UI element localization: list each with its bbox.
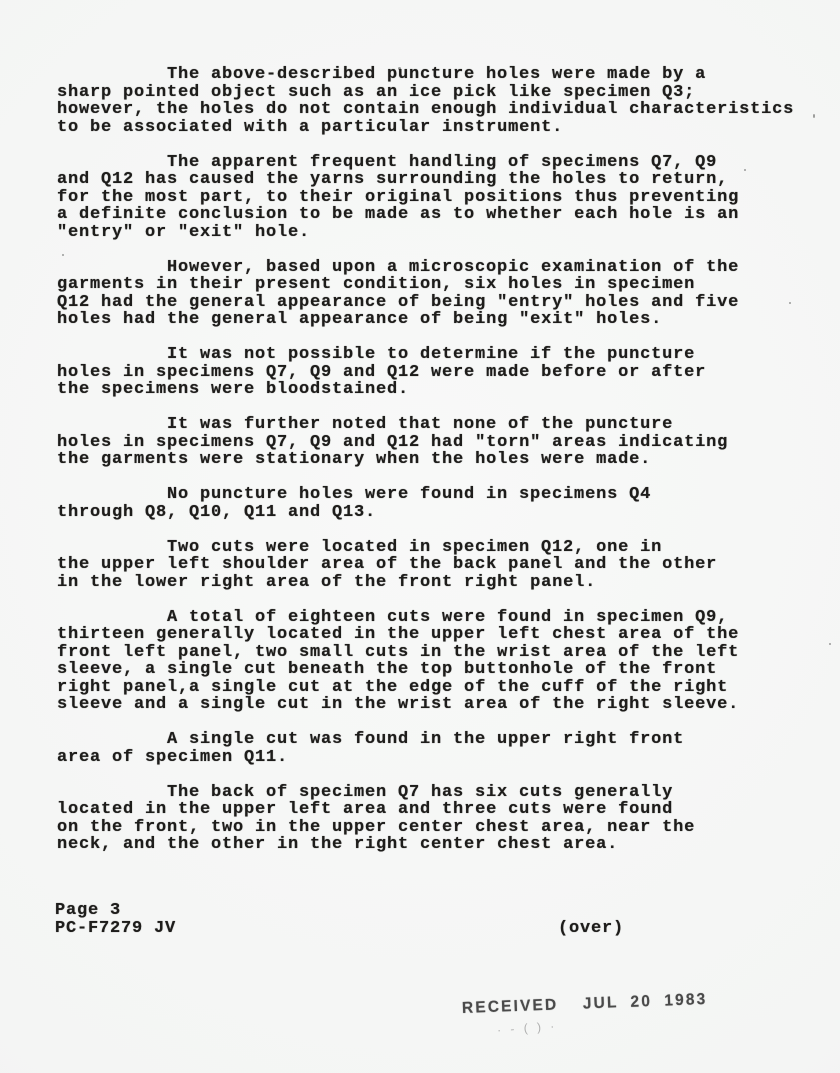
text-line: a definite conclusion to be made as to w… bbox=[57, 206, 817, 224]
scan-speck bbox=[641, 353, 643, 355]
text-line: A single cut was found in the upper righ… bbox=[57, 731, 817, 749]
text-line: for the most part, to their original pos… bbox=[57, 189, 817, 207]
text-line: neck, and the other in the right center … bbox=[57, 836, 817, 854]
scan-speck bbox=[789, 302, 791, 304]
text-line: holes in specimens Q7, Q9 and Q12 were m… bbox=[57, 364, 817, 382]
text-line: and Q12 has caused the yarns surrounding… bbox=[57, 171, 817, 189]
text-line: sleeve and a single cut in the wrist are… bbox=[57, 696, 817, 714]
text-line: however, the holes do not contain enough… bbox=[57, 101, 817, 119]
scan-speck bbox=[62, 254, 64, 256]
text-line: right panel,a single cut at the edge of … bbox=[57, 679, 817, 697]
text-line: It was further noted that none of the pu… bbox=[57, 416, 817, 434]
text-line: the specimens were bloodstained. bbox=[57, 381, 817, 399]
text-line: front left panel, two small cuts in the … bbox=[57, 644, 817, 662]
over-label: (over) bbox=[558, 919, 624, 938]
paragraph: A single cut was found in the upper righ… bbox=[57, 731, 817, 766]
text-line: holes had the general appearance of bein… bbox=[57, 311, 817, 329]
scan-speck bbox=[398, 67, 401, 70]
text-line: "entry" or "exit" hole. bbox=[57, 224, 817, 242]
text-line: No puncture holes were found in specimen… bbox=[57, 486, 817, 504]
paragraph: It was further noted that none of the pu… bbox=[57, 416, 817, 469]
file-reference: PC-F7279 JV bbox=[55, 920, 176, 938]
text-line: The above-described puncture holes were … bbox=[57, 66, 817, 84]
text-line: garments in their present condition, six… bbox=[57, 276, 817, 294]
text-line: The back of specimen Q7 has six cuts gen… bbox=[57, 784, 817, 802]
scan-speck bbox=[829, 643, 831, 645]
paragraph: It was not possible to determine if the … bbox=[57, 346, 817, 399]
paragraph: A total of eighteen cuts were found in s… bbox=[57, 609, 817, 714]
text-line: Two cuts were located in specimen Q12, o… bbox=[57, 539, 817, 557]
document-body: The above-described puncture holes were … bbox=[57, 66, 817, 871]
scan-speck bbox=[813, 114, 815, 118]
text-line: area of specimen Q11. bbox=[57, 749, 817, 767]
text-line: on the front, two in the upper center ch… bbox=[57, 819, 817, 837]
text-line: thirteen generally located in the upper … bbox=[57, 626, 817, 644]
text-line: to be associated with a particular instr… bbox=[57, 119, 817, 137]
paragraph: Two cuts were located in specimen Q12, o… bbox=[57, 539, 817, 592]
paragraph: However, based upon a microscopic examin… bbox=[57, 259, 817, 329]
paragraph: No puncture holes were found in specimen… bbox=[57, 486, 817, 521]
received-date-stamp: RECEIVED JUL 20 1983 bbox=[462, 991, 708, 1018]
page-number: Page 3 bbox=[55, 902, 176, 920]
text-line: sleeve, a single cut beneath the top but… bbox=[57, 661, 817, 679]
text-line: through Q8, Q10, Q11 and Q13. bbox=[57, 504, 817, 522]
text-line: in the lower right area of the front rig… bbox=[57, 574, 817, 592]
text-line: holes in specimens Q7, Q9 and Q12 had "t… bbox=[57, 434, 817, 452]
text-line: the upper left shoulder area of the back… bbox=[57, 556, 817, 574]
text-line: The apparent frequent handling of specim… bbox=[57, 154, 817, 172]
paragraph: The back of specimen Q7 has six cuts gen… bbox=[57, 784, 817, 854]
text-line: A total of eighteen cuts were found in s… bbox=[57, 609, 817, 627]
text-line: the garments were stationary when the ho… bbox=[57, 451, 817, 469]
received-stamp-faint-marks: · - ( ) · bbox=[497, 1019, 558, 1037]
paragraph: The apparent frequent handling of specim… bbox=[57, 154, 817, 242]
text-line: sharp pointed object such as an ice pick… bbox=[57, 84, 817, 102]
text-line: located in the upper left area and three… bbox=[57, 801, 817, 819]
paragraph: The above-described puncture holes were … bbox=[57, 66, 817, 136]
text-line: Q12 had the general appearance of being … bbox=[57, 294, 817, 312]
scanned-document-page: The above-described puncture holes were … bbox=[0, 0, 840, 1073]
page-footer: Page 3 PC-F7279 JV bbox=[55, 902, 176, 937]
scan-speck bbox=[744, 169, 746, 171]
text-line: It was not possible to determine if the … bbox=[57, 346, 817, 364]
text-line: However, based upon a microscopic examin… bbox=[57, 259, 817, 277]
